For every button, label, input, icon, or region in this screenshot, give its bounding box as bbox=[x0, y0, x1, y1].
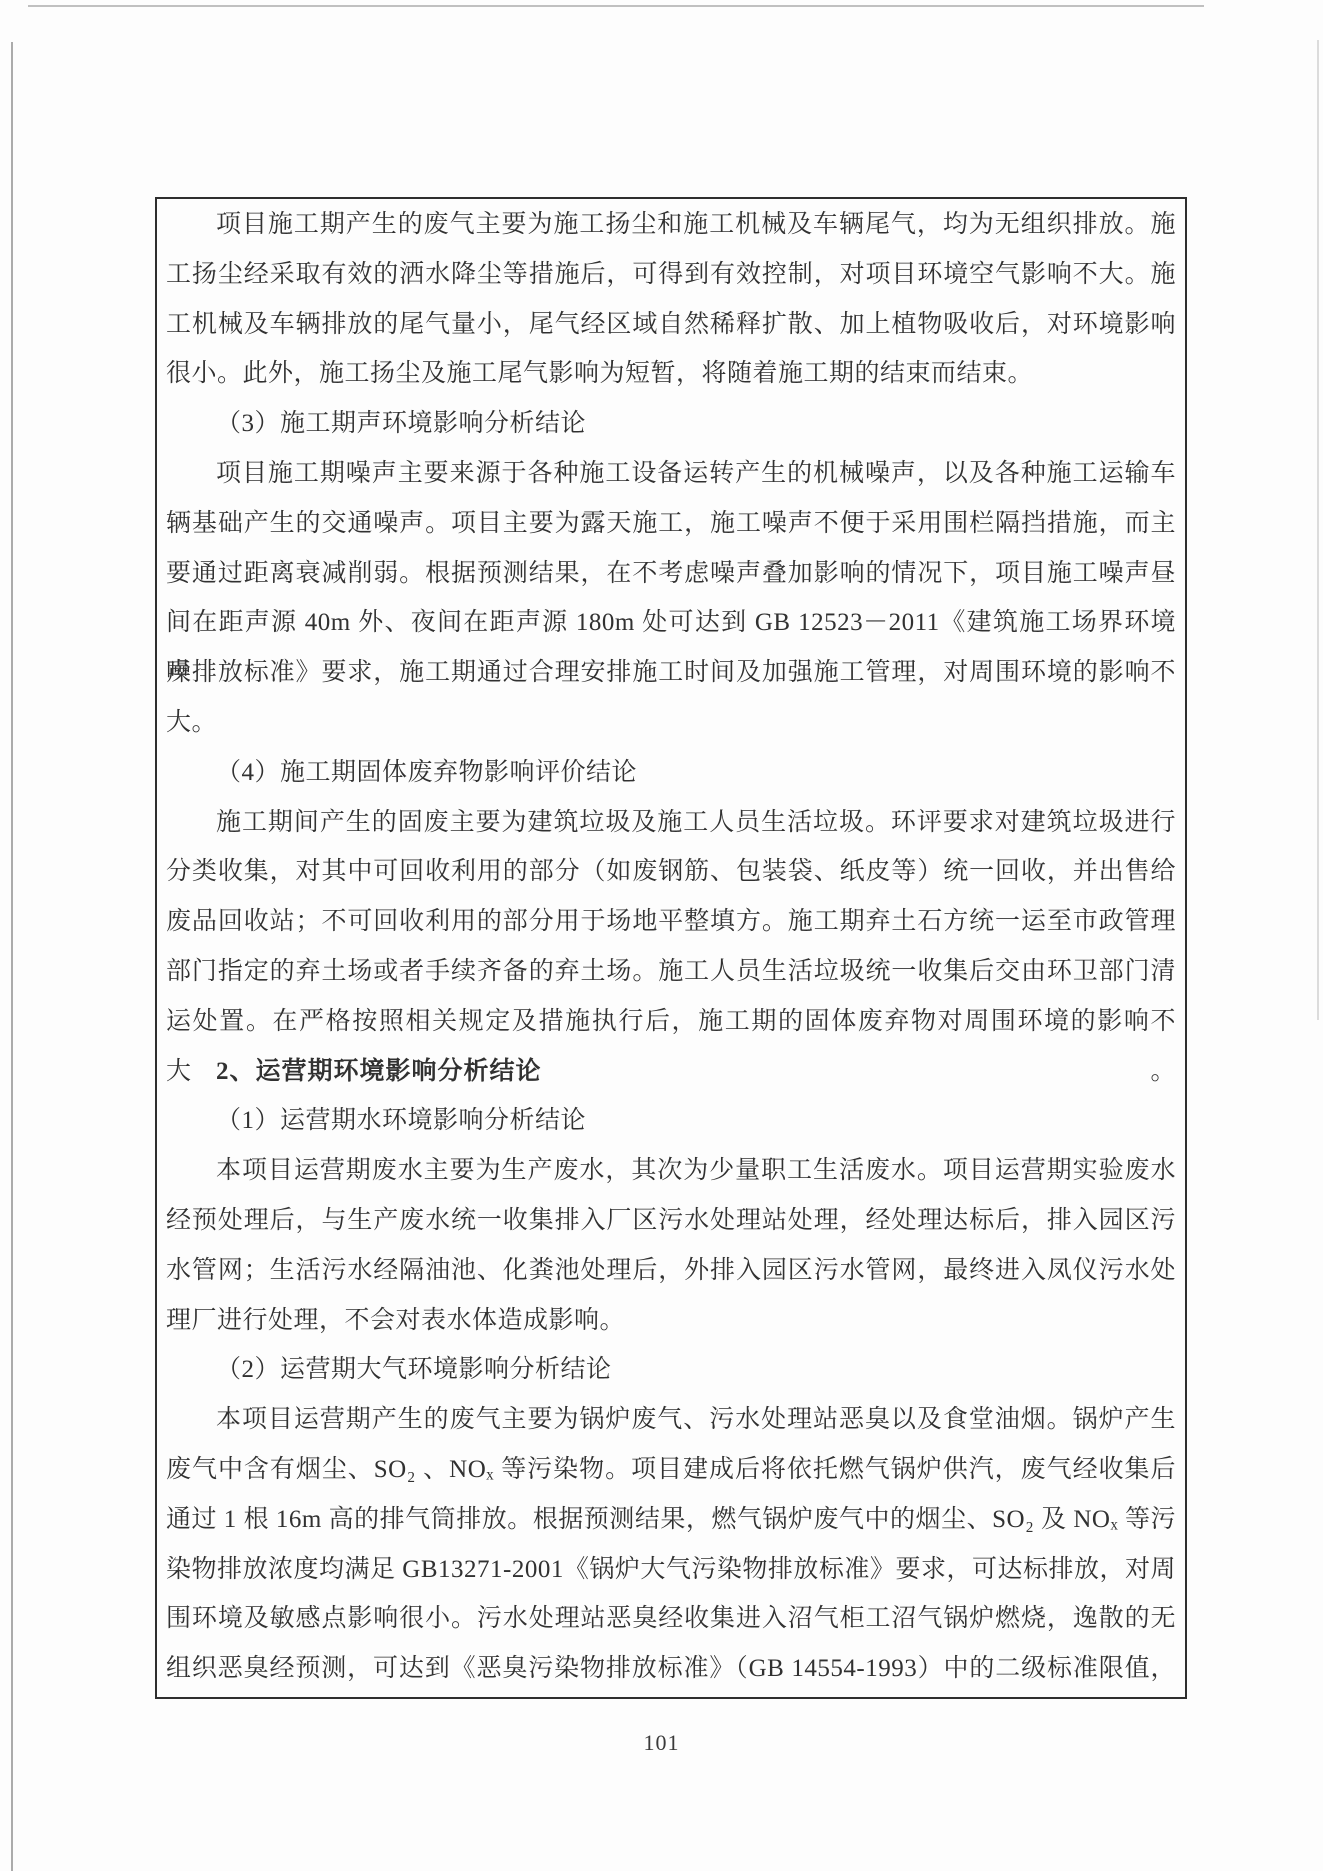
text-line: 本项目运营期废水主要为生产废水，其次为少量职工生活废水。项目运营期实验废水 bbox=[166, 1146, 1176, 1196]
document-table-cell: 项目施工期产生的废气主要为施工扬尘和施工机械及车辆尾气，均为无组织排放。施工扬尘… bbox=[155, 197, 1187, 1699]
text-line: 工扬尘经采取有效的洒水降尘等措施后，可得到有效控制，对项目环境空气影响不大。施 bbox=[166, 250, 1176, 300]
text-line: 工机械及车辆排放的尾气量小，尾气经区域自然稀释扩散、加上植物吸收后，对环境影响 bbox=[166, 300, 1176, 350]
text-line: （2）运营期大气环境影响分析结论 bbox=[166, 1345, 1176, 1395]
text-line: 围环境及敏感点影响很小。污水处理站恶臭经收集进入沼气柜工沼气锅炉燃烧，逸散的无 bbox=[166, 1594, 1176, 1644]
text-line: （4）施工期固体废弃物影响评价结论 bbox=[166, 748, 1176, 798]
text-line: 间在距声源 40m 外、夜间在距声源 180m 处可达到 GB 12523－20… bbox=[166, 598, 1176, 648]
text-line: 要通过距离衰减削弱。根据预测结果，在不考虑噪声叠加影响的情况下，项目施工噪声昼 bbox=[166, 549, 1176, 599]
text-line: 组织恶臭经预测，可达到《恶臭污染物排放标准》（GB 14554-1993）中的二… bbox=[166, 1644, 1176, 1694]
text-line: 项目施工期产生的废气主要为施工扬尘和施工机械及车辆尾气，均为无组织排放。施 bbox=[166, 200, 1176, 250]
text-line: 理厂进行处理，不会对表水体造成影响。 bbox=[166, 1296, 1176, 1346]
document-page: 项目施工期产生的废气主要为施工扬尘和施工机械及车辆尾气，均为无组织排放。施工扬尘… bbox=[0, 0, 1323, 1871]
text-line: 声排放标准》要求，施工期通过合理安排施工时间及加强施工管理，对周围环境的影响不 bbox=[166, 648, 1176, 698]
text-line: 通过 1 根 16m 高的排气筒排放。根据预测结果，燃气锅炉废气中的烟尘、SO₂… bbox=[166, 1495, 1176, 1545]
text-line: 很小。此外，施工扬尘及施工尾气影响为短暂，将随着施工期的结束而结束。 bbox=[166, 349, 1176, 399]
scan-edge-left-line bbox=[11, 42, 13, 1871]
text-line: 本项目运营期产生的废气主要为锅炉废气、污水处理站恶臭以及食堂油烟。锅炉产生 bbox=[166, 1395, 1176, 1445]
scan-edge-top-line bbox=[28, 5, 1204, 7]
text-line: 项目施工期噪声主要来源于各种施工设备运转产生的机械噪声，以及各种施工运输车 bbox=[166, 449, 1176, 499]
text-line: 大。 bbox=[166, 698, 1176, 748]
text-line: 运处置。在严格按照相关规定及措施执行后，施工期的固体废弃物对周围环境的影响不大。 bbox=[166, 997, 1176, 1047]
text-line: （1）运营期水环境影响分析结论 bbox=[166, 1096, 1176, 1146]
text-line: 分类收集，对其中可回收利用的部分（如废钢筋、包装袋、纸皮等）统一回收，并出售给 bbox=[166, 847, 1176, 897]
text-line: 染物排放浓度均满足 GB13271-2001《锅炉大气污染物排放标准》要求，可达… bbox=[166, 1545, 1176, 1595]
text-line: 部门指定的弃土场或者手续齐备的弃土场。施工人员生活垃圾统一收集后交由环卫部门清 bbox=[166, 947, 1176, 997]
text-line: 废品回收站；不可回收利用的部分用于场地平整填方。施工期弃土石方统一运至市政管理 bbox=[166, 897, 1176, 947]
text-line: （3）施工期声环境影响分析结论 bbox=[166, 399, 1176, 449]
text-line: 水管网；生活污水经隔油池、化粪池处理后，外排入园区污水管网，最终进入凤仪污水处 bbox=[166, 1246, 1176, 1296]
page-number: 101 bbox=[0, 1730, 1323, 1756]
text-line: 施工期间产生的固废主要为建筑垃圾及施工人员生活垃圾。环评要求对建筑垃圾进行 bbox=[166, 798, 1176, 848]
text-line: 废气中含有烟尘、SO₂ 、NOₓ 等污染物。项目建成后将依托燃气锅炉供汽，废气经… bbox=[166, 1445, 1176, 1495]
text-line: 辆基础产生的交通噪声。项目主要为露天施工，施工噪声不便于采用围栏隔挡措施，而主 bbox=[166, 499, 1176, 549]
text-line: 经预处理后，与生产废水统一收集排入厂区污水处理站处理，经处理达标后，排入园区污 bbox=[166, 1196, 1176, 1246]
scan-edge-right-line bbox=[1317, 40, 1319, 1020]
